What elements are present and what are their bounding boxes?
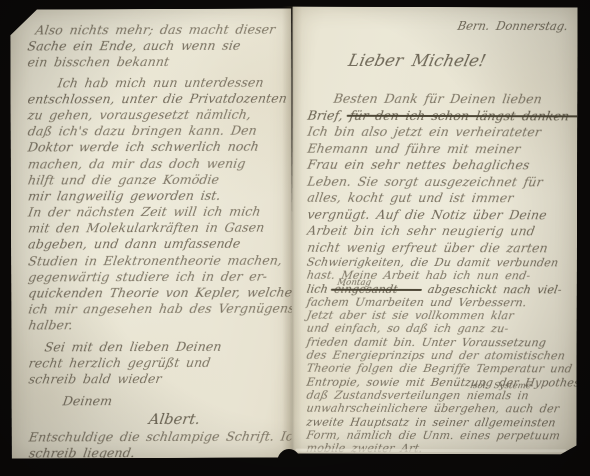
handwriting-line: Ehemann und führe mit meiner: [306, 140, 576, 157]
handwriting-line: Entropie, sowie mit Benützung der Hypoth…: [306, 375, 575, 389]
handwriting-line: Schwierigkeiten, die Du damit verbunden: [306, 256, 575, 270]
handwriting-line: ein bisschen bekannt: [26, 54, 288, 71]
handwriting-line: alles, kocht gut und ist immer: [306, 190, 576, 207]
handwriting-line: Sache ein Ende, auch wenn sie: [26, 38, 288, 55]
handwriting-line: ich mir angesehen hab des Vergnügens: [27, 301, 289, 318]
handwriting-line: entschlossen, unter die Privatdozenten: [27, 90, 289, 107]
letter-page-left: Also nichts mehr; das macht dieserSache …: [10, 9, 293, 459]
handwriting-line: Ich bin also jetzt ein verheirateter: [306, 124, 576, 141]
handwriting-line: Ich hab mich nun unterdessen: [27, 74, 289, 91]
right-page-text: Besten Dank für Deinen liebenBrief, für …: [305, 91, 573, 456]
handwriting-line: Frau ein sehr nettes behagliches: [306, 157, 576, 174]
dateline: Bern. Donnerstag.: [456, 19, 569, 35]
handwriting-line: halber.: [27, 317, 289, 334]
handwriting-line: schreib bald wieder: [28, 370, 290, 387]
handwriting-line: Studien in Elektronentheorie machen,: [27, 252, 289, 269]
handwriting-line: Besten Dank für Deinen lieben: [306, 91, 576, 108]
handwriting-line: Also nichts mehr; das macht dieser: [26, 22, 288, 39]
handwriting-line: Brief, für den ich schon längst danken: [306, 107, 576, 124]
postscript-line: schreib liegend.: [28, 444, 290, 461]
handwriting-line: vergnügt. Auf die Notiz über Deine: [306, 206, 576, 223]
handwriting-line: Arbeit bin ich sehr neugierig und: [306, 223, 576, 240]
handwriting-line: Leben. Sie sorgt ausgezeichnet für: [306, 173, 576, 190]
handwriting-line: mit den Molekularkräften in Gasen: [27, 220, 289, 237]
handwriting-line: Sei mit den lieben Deinen: [27, 338, 289, 355]
handwriting-line: zu gehen, vorausgesetzt nämlich,: [27, 106, 289, 123]
letter-page-right: Bern. Donnerstag. Lieber Michele! Besten…: [291, 7, 577, 455]
handwriting-line: gegenwärtig studiere ich in der er-: [27, 268, 289, 285]
handwriting-line: abgeben, und dann umfassende: [27, 236, 289, 253]
handwriting-line: des Energieprinzips und der atomistische…: [306, 349, 575, 363]
handwriting-line: Form, nämlich die Unm. eines perpetuum: [305, 429, 574, 443]
handwriting-line: zweite Hauptsatz in seiner allgemeinsten: [305, 415, 574, 429]
handwriting-line: daß Zustandsverteilungen isol. Systemeni…: [306, 389, 575, 403]
postscript-line: Entschuldige die schlampige Schrift. Ich: [28, 428, 290, 445]
handwriting-line: mir langweilig geworden ist.: [27, 187, 289, 204]
handwriting-line: In der nächsten Zeit will ich mich: [27, 204, 289, 221]
handwriting-line: und einfach, so daß ich ganz zu-: [306, 322, 575, 336]
left-page-text: Also nichts mehr; das macht dieserSache …: [26, 22, 287, 462]
handwriting-line: Doktor werde ich schwerlich noch: [27, 139, 289, 156]
letter-photograph: Also nichts mehr; das macht dieserSache …: [0, 0, 590, 476]
handwriting-line: nicht wenig erfreut über die zarten: [306, 239, 576, 256]
handwriting-line: quickenden Theorie von Kepler, welche: [27, 285, 289, 302]
handwriting-line: unwahrscheinlichere übergehen, auch der: [306, 402, 575, 416]
handwriting-line: machen, da mir das doch wenig: [27, 155, 289, 172]
handwriting-line: frieden damit bin. Unter Voraussetzung: [306, 335, 575, 349]
handwriting-line: Theorie folgen die Begriffe Temperatur u…: [306, 362, 575, 376]
handwriting-line: Deinem: [28, 393, 290, 410]
handwriting-line: recht herzlich gegrüßt und: [27, 354, 289, 371]
salutation: Lieber Michele!: [346, 51, 488, 73]
handwriting-line: hilft und die ganze Komödie: [27, 171, 289, 188]
handwriting-line: lich Montageingesandt abgeschickt nach v…: [306, 282, 575, 296]
signature: Albert.: [28, 412, 290, 429]
handwriting-line: daß ich's dazu bringen kann. Den: [27, 123, 289, 140]
handwriting-line: Jetzt aber ist sie vollkommen klar: [306, 309, 575, 323]
handwriting-line: fachem Umarbeiten und Verbessern.: [306, 296, 575, 310]
